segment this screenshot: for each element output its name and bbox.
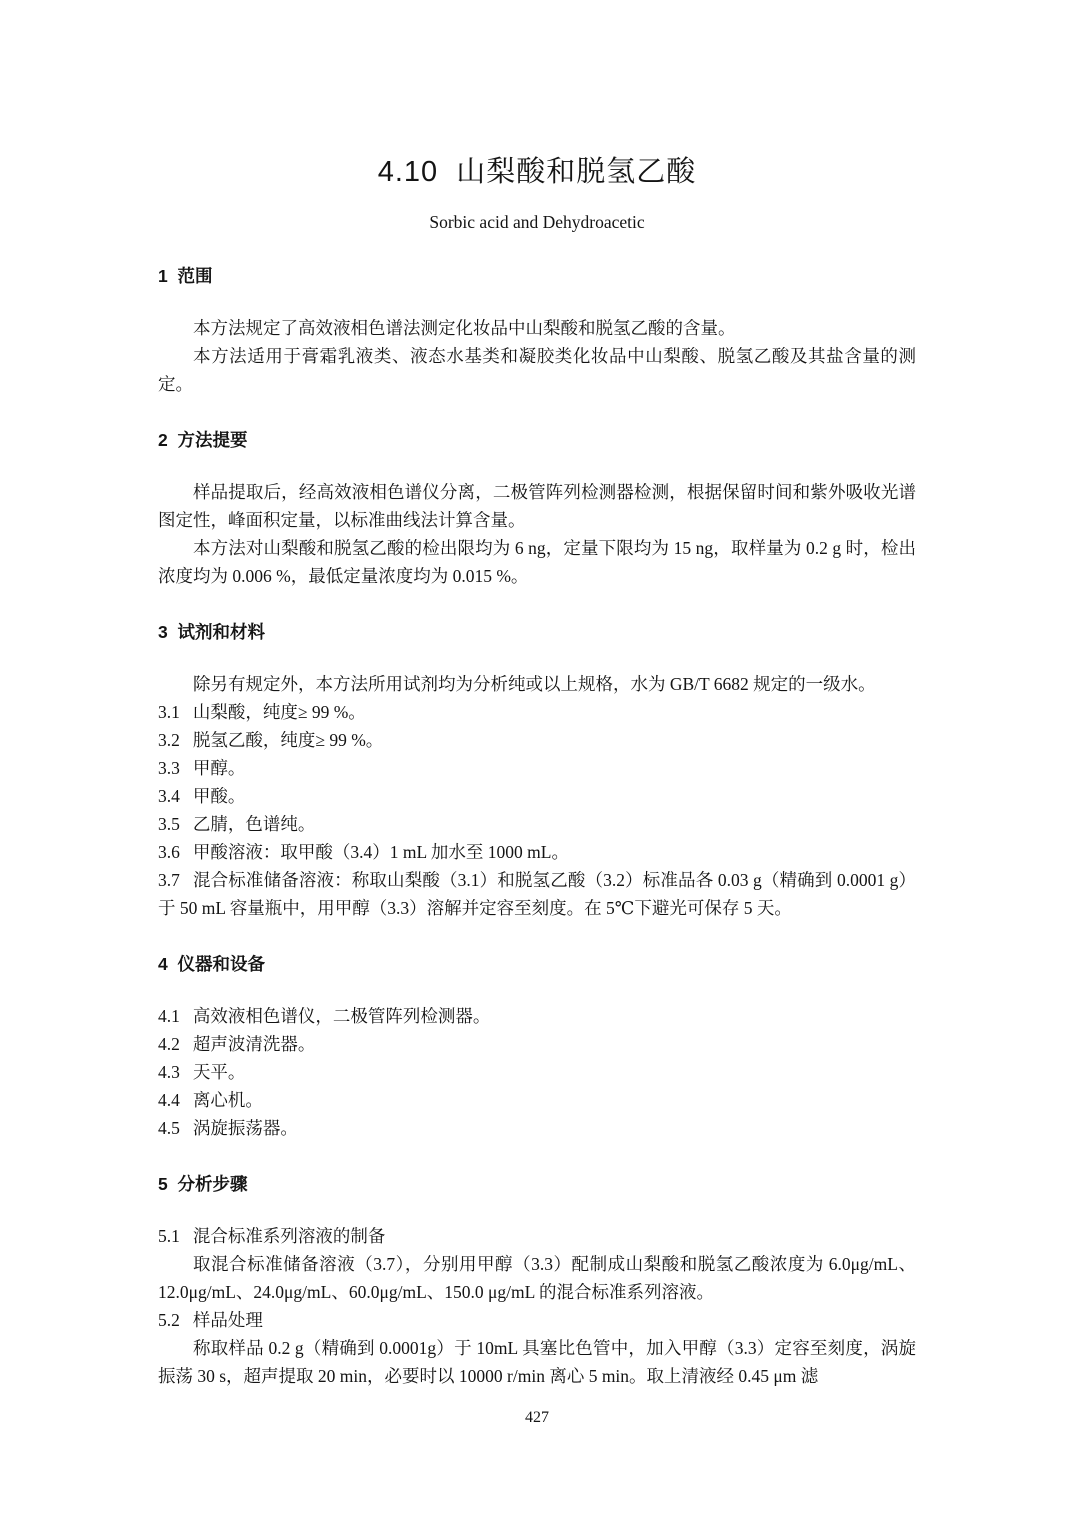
item-number: 3.6 [158, 842, 180, 862]
item-text: 高效液相色谱仪，二极管阵列检测器。 [193, 1006, 491, 1026]
list-item: 4.2超声波清洗器。 [158, 1030, 916, 1058]
item-text: 混合标准储备溶液：称取山梨酸（3.1）和脱氢乙酸（3.2）标准品各 0.03 g… [158, 870, 916, 918]
item-text: 超声波清洗器。 [193, 1034, 316, 1054]
doc-subtitle: Sorbic acid and Dehydroacetic [158, 210, 916, 234]
item-number: 3.3 [158, 758, 180, 778]
item-number: 4.4 [158, 1090, 180, 1110]
item-number: 3.7 [158, 870, 180, 890]
list-item: 3.6甲酸溶液：取甲酸（3.4）1 mL 加水至 1000 mL。 [158, 838, 916, 866]
item-text: 山梨酸，纯度≥ 99 %。 [193, 702, 366, 722]
item-text: 混合标准系列溶液的制备 [193, 1226, 386, 1246]
item-number: 3.4 [158, 786, 180, 806]
item-number: 4.5 [158, 1118, 180, 1138]
subsection-title: 5.1混合标准系列溶液的制备 [158, 1222, 916, 1250]
page-number: 427 [158, 1406, 916, 1430]
item-text: 甲酸。 [193, 786, 246, 806]
list-item: 3.5乙腈，色谱纯。 [158, 810, 916, 838]
document-page: 4.10 山梨酸和脱氢乙酸 Sorbic acid and Dehydroace… [0, 0, 1074, 1520]
item-number: 3.2 [158, 730, 180, 750]
item-number: 3.1 [158, 702, 180, 722]
paragraph: 本方法适用于膏霜乳液类、液态水基类和凝胶类化妆品中山梨酸、脱氢乙酸及其盐含量的测… [158, 342, 916, 398]
paragraph: 称取样品 0.2 g（精确到 0.0001g）于 10mL 具塞比色管中，加入甲… [158, 1334, 916, 1390]
list-item: 3.7混合标准储备溶液：称取山梨酸（3.1）和脱氢乙酸（3.2）标准品各 0.0… [158, 866, 916, 922]
paragraph: 本方法规定了高效液相色谱法测定化妆品中山梨酸和脱氢乙酸的含量。 [158, 314, 916, 342]
list-item: 3.4甲酸。 [158, 782, 916, 810]
list-item: 3.3甲醇。 [158, 754, 916, 782]
item-text: 天平。 [193, 1062, 246, 1082]
item-number: 3.5 [158, 814, 180, 834]
section-heading-reagents: 3 试剂和材料 [158, 620, 916, 644]
section-heading-method-summary: 2 方法提要 [158, 428, 916, 452]
item-text: 样品处理 [193, 1310, 263, 1330]
item-number: 5.2 [158, 1310, 180, 1330]
paragraph: 本方法对山梨酸和脱氢乙酸的检出限均为 6 ng，定量下限均为 15 ng，取样量… [158, 534, 916, 590]
list-item: 4.5涡旋振荡器。 [158, 1114, 916, 1142]
item-text: 乙腈，色谱纯。 [193, 814, 316, 834]
item-number: 4.3 [158, 1062, 180, 1082]
item-number: 4.2 [158, 1034, 180, 1054]
item-text: 甲醇。 [193, 758, 246, 778]
list-item: 4.3天平。 [158, 1058, 916, 1086]
section-heading-scope: 1 范围 [158, 264, 916, 288]
subsection-title: 5.2样品处理 [158, 1306, 916, 1334]
item-text: 离心机。 [193, 1090, 263, 1110]
list-item: 4.1高效液相色谱仪，二极管阵列检测器。 [158, 1002, 916, 1030]
section-heading-instruments: 4 仪器和设备 [158, 952, 916, 976]
list-item: 3.1山梨酸，纯度≥ 99 %。 [158, 698, 916, 726]
item-text: 甲酸溶液：取甲酸（3.4）1 mL 加水至 1000 mL。 [193, 842, 569, 862]
paragraph: 取混合标准储备溶液（3.7），分别用甲醇（3.3）配制成山梨酸和脱氢乙酸浓度为 … [158, 1250, 916, 1306]
section-heading-procedure: 5 分析步骤 [158, 1172, 916, 1196]
doc-title: 4.10 山梨酸和脱氢乙酸 [158, 150, 916, 194]
item-text: 涡旋振荡器。 [193, 1118, 298, 1138]
item-text: 脱氢乙酸，纯度≥ 99 %。 [193, 730, 383, 750]
item-number: 5.1 [158, 1226, 180, 1246]
list-item: 3.2脱氢乙酸，纯度≥ 99 %。 [158, 726, 916, 754]
paragraph: 样品提取后，经高效液相色谱仪分离，二极管阵列检测器检测，根据保留时间和紫外吸收光… [158, 478, 916, 534]
list-item: 4.4离心机。 [158, 1086, 916, 1114]
paragraph: 除另有规定外，本方法所用试剂均为分析纯或以上规格，水为 GB/T 6682 规定… [158, 670, 916, 698]
item-number: 4.1 [158, 1006, 180, 1026]
